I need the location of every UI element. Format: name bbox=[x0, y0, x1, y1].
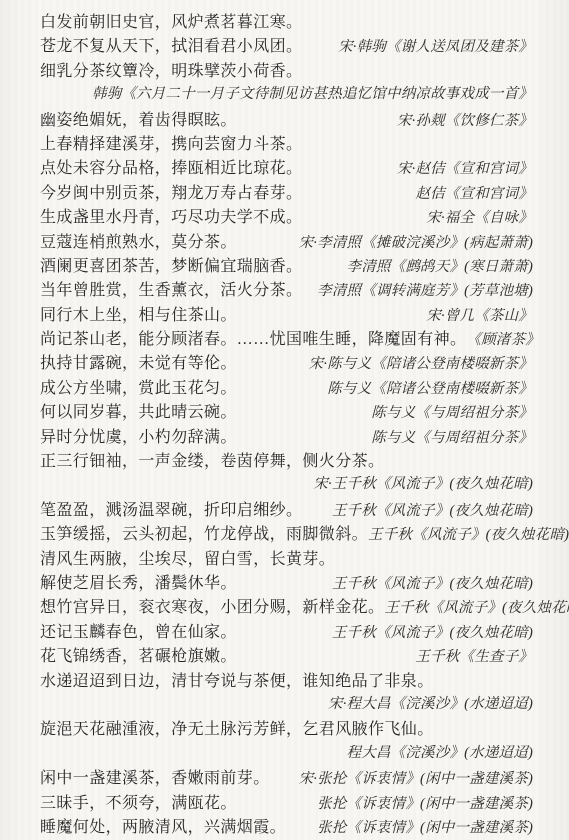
poem-line-row: 尚记茶山老，能分顾渚春。……忧国唯生睡，降魔固有神。《顾渚茶》 bbox=[40, 326, 533, 350]
poem-text: 水递迢迢到日边，清甘夸说与茶便，谁知绝品了非泉。 bbox=[40, 668, 434, 691]
poem-text: 生成盏里水丹青，巧尽功夫学不成。 bbox=[40, 204, 302, 227]
attribution-text: 王千秋《生查子》 bbox=[415, 645, 533, 666]
attribution-text: 陈与义《与周绍祖分茶》 bbox=[371, 401, 533, 422]
poem-line-row: 韩驹《六月二十一月子文待制见访甚热追忆馆中纳凉故事戏成一首》 bbox=[40, 82, 533, 106]
poem-text: 酒阑更喜团茶苦，梦断偏宜瑞脑香。 bbox=[40, 253, 302, 276]
poem-text: 闲中一盏建溪茶，香嫩雨前芽。 bbox=[40, 765, 270, 788]
attribution-text: 王千秋《风流子》(夜久烛花暗) bbox=[332, 499, 533, 520]
attribution-text: 李清照《调转满庭芳》(芳草池塘) bbox=[317, 279, 533, 300]
poem-line-row: 何以同岁暮，共此晴云碗。陈与义《与周绍祖分茶》 bbox=[40, 399, 533, 423]
attribution-text: 宋·韩驹《谢人送凤团及建茶》 bbox=[338, 35, 533, 56]
attribution-text: 宋·王千秋《风流子》(夜久烛花暗) bbox=[313, 472, 533, 493]
poem-text: 同行木上坐，相与住茶山。 bbox=[40, 302, 237, 325]
attribution-text: 李清照《鹧鸪天》(寒日萧萧) bbox=[347, 255, 533, 276]
attribution-text: 张抡《诉衷情》(闲中一盏建溪茶) bbox=[317, 816, 533, 837]
attribution-text: 程大昌《浣溪沙》(水递迢迢) bbox=[347, 741, 533, 762]
poem-text: 白发前朝旧史官，风炉煮茗暮江寒。 bbox=[40, 9, 302, 32]
attribution-text: 宋·孙觌《饮修仁茶》 bbox=[397, 109, 533, 130]
poem-text: 还记玉麟春色，曾在仙家。 bbox=[40, 619, 237, 642]
poem-line-row: 睡魔何处，两腋清风，兴满烟霞。张抡《诉衷情》(闲中一盏建溪茶) bbox=[40, 814, 533, 838]
poem-line-row: 正三行钿袖，一声金缕，卷茵停舞，侧火分茶。 bbox=[40, 448, 533, 472]
poem-text: 想竹宫异日，衮衣寒夜，小团分赐，新样金花。 bbox=[40, 594, 384, 617]
attribution-text: 王千秋《风流子》(夜久烛花暗) bbox=[368, 523, 569, 544]
poem-text: 异时分忧虞，小杓勿辞满。 bbox=[40, 424, 237, 447]
poem-line-row: 三昧手，不须夸，满瓯花。张抡《诉衷情》(闲中一盏建溪茶) bbox=[40, 790, 533, 814]
poem-line-row: 旋浥天花融湩液，净无土脉污芳鲜，乞君风腋作飞仙。 bbox=[40, 716, 533, 740]
poem-text: 当年曾胜赏，生香薰衣，活火分茶。 bbox=[40, 277, 302, 300]
attribution-text: 陈与义《陪诸公登南楼啜新茶》 bbox=[327, 377, 533, 398]
poem-line-row: 幽姿绝媚妩，着齿得瞑眩。宋·孙觌《饮修仁茶》 bbox=[40, 107, 533, 131]
poem-line-row: 水递迢迢到日边，清甘夸说与茶便，谁知绝品了非泉。 bbox=[40, 668, 533, 692]
attribution-text: 韩驹《六月二十一月子文待制见访甚热追忆馆中纳凉故事戏成一首》 bbox=[92, 82, 533, 103]
attribution-text: 宋·陈与义《陪诸公登南楼啜新茶》 bbox=[309, 352, 533, 373]
poem-line-row: 酒阑更喜团茶苦，梦断偏宜瑞脑香。李清照《鹧鸪天》(寒日萧萧) bbox=[40, 253, 533, 277]
poem-line-row: 花飞锦绣香，茗碾枪旗嫩。王千秋《生查子》 bbox=[40, 643, 533, 667]
poem-text: 旋浥天花融湩液，净无土脉污芳鲜，乞君风腋作飞仙。 bbox=[40, 716, 434, 739]
attribution-text: 宋·张抡《诉衷情》(闲中一盏建溪茶) bbox=[299, 767, 533, 788]
poem-text: 解使芝眉长秀，潘鬓休华。 bbox=[40, 570, 237, 593]
poem-line-row: 执持甘露碗，未觉有等伦。宋·陈与义《陪诸公登南楼啜新茶》 bbox=[40, 350, 533, 374]
attribution-text: 宋·福全《自咏》 bbox=[426, 206, 533, 227]
poem-text: 三昧手，不须夸，满瓯花。 bbox=[40, 790, 237, 813]
scanned-page: 白发前朝旧史官，风炉煮茗暮江寒。苍龙不复从天下，拭泪看君小凤团。宋·韩驹《谢人送… bbox=[0, 0, 569, 840]
poem-text: 玉笋缓摇，云头初起，竹龙停战，雨脚微斜。 bbox=[40, 521, 368, 544]
attribution-text: 宋·李清照《摊破浣溪沙》(病起萧萧) bbox=[299, 231, 533, 252]
poem-text: 笔盈盈，溅汤温翠碗，折印启缃纱。 bbox=[40, 497, 302, 520]
poem-text: 睡魔何处，两腋清风，兴满烟霞。 bbox=[40, 814, 286, 837]
poem-text: 苍龙不复从天下，拭泪看君小凤团。 bbox=[40, 33, 302, 56]
poem-line-row: 笔盈盈，溅汤温翠碗，折印启缃纱。王千秋《风流子》(夜久烛花暗) bbox=[40, 497, 533, 521]
poem-line-row: 细乳分茶纹簟冷，明珠擘茨小荷香。 bbox=[40, 58, 533, 82]
attribution-text: 王千秋《风流子》(夜久烛花暗) bbox=[332, 572, 533, 593]
poem-text: 尚记茶山老，能分顾渚春。……忧国唯生睡，降魔固有神。 bbox=[40, 326, 466, 349]
poem-text: 执持甘露碗，未觉有等伦。 bbox=[40, 350, 237, 373]
poem-text: 正三行钿袖，一声金缕，卷茵停舞，侧火分茶。 bbox=[40, 448, 384, 471]
poem-line-row: 闲中一盏建溪茶，香嫩雨前芽。宋·张抡《诉衷情》(闲中一盏建溪茶) bbox=[40, 765, 533, 789]
poem-text: 成公方坐啸，赏此玉花匀。 bbox=[40, 375, 237, 398]
attribution-text: 陈与义《与周绍祖分茶》 bbox=[371, 426, 533, 447]
poem-line-row: 宋·程大昌《浣溪沙》(水递迢迢) bbox=[40, 692, 533, 716]
poem-line-row: 豆蔻连梢煎熟水，莫分茶。宋·李清照《摊破浣溪沙》(病起萧萧) bbox=[40, 229, 533, 253]
poem-list: 白发前朝旧史官，风炉煮茗暮江寒。苍龙不复从天下，拭泪看君小凤团。宋·韩驹《谢人送… bbox=[40, 9, 533, 840]
poem-line-row: 点处未容分品格，捧瓯相近比琼花。宋·赵佶《宣和宫词》 bbox=[40, 155, 533, 179]
poem-text: 上春精择建溪芽，携向芸窗力斗茶。 bbox=[40, 131, 302, 154]
attribution-text: 宋·赵佶《宣和宫词》 bbox=[397, 157, 533, 178]
poem-line-row: 白发前朝旧史官，风炉煮茗暮江寒。 bbox=[40, 9, 533, 33]
poem-line-row: 程大昌《浣溪沙》(水递迢迢) bbox=[40, 741, 533, 765]
poem-text: 清风生两腋，尘埃尽，留白雪，长黄芽。 bbox=[40, 546, 335, 569]
poem-text: 点处未容分品格，捧瓯相近比琼花。 bbox=[40, 155, 302, 178]
poem-line-row: 想竹宫异日，衮衣寒夜，小团分赐，新样金花。王千秋《风流子》(夜久烛花暗) bbox=[40, 594, 533, 618]
attribution-text: 王千秋《风流子》(夜久烛花暗) bbox=[332, 621, 533, 642]
poem-line-row: 上春精择建溪芽，携向芸窗力斗茶。 bbox=[40, 131, 533, 155]
poem-text: 豆蔻连梢煎熟水，莫分茶。 bbox=[40, 229, 237, 252]
poem-line-row: 生成盏里水丹青，巧尽功夫学不成。宋·福全《自咏》 bbox=[40, 204, 533, 228]
attribution-text: 赵佶《宣和宫词》 bbox=[415, 182, 533, 203]
poem-line-row: 还记玉麟春色，曾在仙家。王千秋《风流子》(夜久烛花暗) bbox=[40, 619, 533, 643]
poem-text: 何以同岁暮，共此晴云碗。 bbox=[40, 399, 237, 422]
attribution-text: 张抡《诉衷情》(闲中一盏建溪茶) bbox=[317, 792, 533, 813]
poem-line-row: 解使芝眉长秀，潘鬓休华。王千秋《风流子》(夜久烛花暗) bbox=[40, 570, 533, 594]
poem-text: 幽姿绝媚妩，着齿得瞑眩。 bbox=[40, 107, 237, 130]
poem-line-row: 宋·王千秋《风流子》(夜久烛花暗) bbox=[40, 472, 533, 496]
poem-line-row: 玉笋缓摇，云头初起，竹龙停战，雨脚微斜。王千秋《风流子》(夜久烛花暗) bbox=[40, 521, 533, 545]
attribution-text: 宋·曾几《茶山》 bbox=[426, 304, 533, 325]
poem-line-row: 同行木上坐，相与住茶山。宋·曾几《茶山》 bbox=[40, 302, 533, 326]
poem-line-row: 苍龙不复从天下，拭泪看君小凤团。宋·韩驹《谢人送凤团及建茶》 bbox=[40, 33, 533, 57]
poem-line-row: 成公方坐啸，赏此玉花匀。陈与义《陪诸公登南楼啜新茶》 bbox=[40, 375, 533, 399]
poem-line-row: 当年曾胜赏，生香薰衣，活火分茶。李清照《调转满庭芳》(芳草池塘) bbox=[40, 277, 533, 301]
poem-line-row: 清风生两腋，尘埃尽，留白雪，长黄芽。 bbox=[40, 546, 533, 570]
attribution-text: 王千秋《风流子》(夜久烛花暗) bbox=[384, 596, 569, 617]
poem-text: 花飞锦绣香，茗碾枪旗嫩。 bbox=[40, 643, 237, 666]
attribution-text: 《顾渚茶》 bbox=[466, 328, 540, 349]
poem-line-row: 今岁闽中别贡茶，翔龙万寿占春芽。赵佶《宣和宫词》 bbox=[40, 180, 533, 204]
poem-text: 今岁闽中别贡茶，翔龙万寿占春芽。 bbox=[40, 180, 302, 203]
attribution-text: 宋·程大昌《浣溪沙》(水递迢迢) bbox=[328, 692, 533, 713]
poem-line-row: 异时分忧虞，小杓勿辞满。陈与义《与周绍祖分茶》 bbox=[40, 424, 533, 448]
poem-text: 细乳分茶纹簟冷，明珠擘茨小荷香。 bbox=[40, 58, 302, 81]
